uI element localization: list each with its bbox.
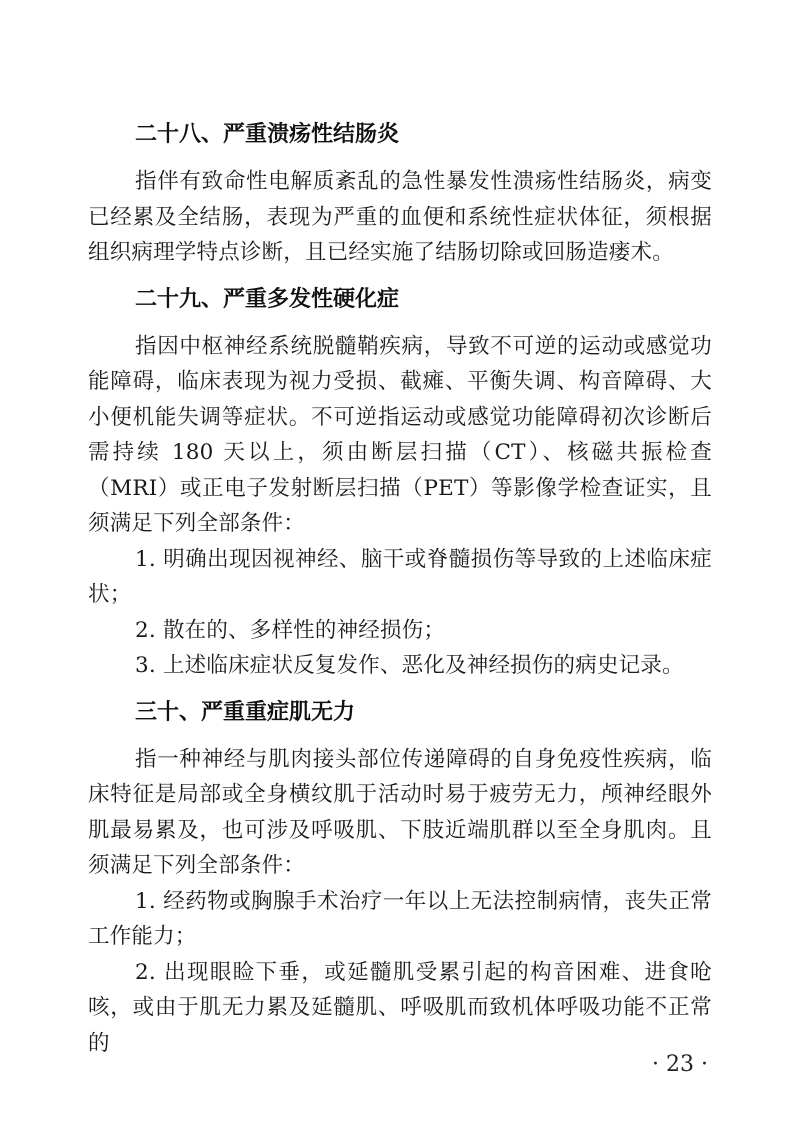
condition-item-1: 1. 经药物或胸腺手术治疗一年以上无法控制病情，丧失正常工作能力； (88, 884, 712, 955)
section-severe-myasthenia-gravis: 三十、严重重症肌无力 指一种神经与肌肉接头部位传递障碍的自身免疫性疾病，临床特征… (88, 696, 712, 1062)
section-paragraph: 指因中枢神经系统脱髓鞘疾病，导致不可逆的运动或感觉功能障碍，临床表现为视力受损、… (88, 329, 712, 542)
section-paragraph: 指一种神经与肌肉接头部位传递障碍的自身免疫性疾病，临床特征是局部或全身横纹肌于活… (88, 742, 712, 884)
section-severe-multiple-sclerosis: 二十九、严重多发性硬化症 指因中枢神经系统脱髓鞘疾病，导致不可逆的运动或感觉功能… (88, 283, 712, 684)
condition-item-1: 1. 明确出现因视神经、脑干或脊髓损伤等导致的上述临床症状； (88, 542, 712, 613)
page-number: · 23 · (652, 1052, 708, 1077)
condition-item-2: 2. 散在的、多样性的神经损伤； (88, 613, 712, 649)
condition-item-2: 2. 出现眼睑下垂，或延髓肌受累引起的构音困难、进食呛咳，或由于肌无力累及延髓肌… (88, 955, 712, 1062)
document-page: 二十八、严重溃疡性结肠炎 指伴有致命性电解质紊乱的急性暴发性溃疡性结肠炎，病变已… (88, 118, 712, 1073)
section-heading: 二十八、严重溃疡性结肠炎 (88, 118, 712, 152)
condition-item-3: 3. 上述临床症状反复发作、恶化及神经损伤的病史记录。 (88, 648, 712, 684)
section-heading: 三十、严重重症肌无力 (88, 696, 712, 730)
section-paragraph: 指伴有致命性电解质紊乱的急性暴发性溃疡性结肠炎，病变已经累及全结肠，表现为严重的… (88, 164, 712, 271)
section-severe-ulcerative-colitis: 二十八、严重溃疡性结肠炎 指伴有致命性电解质紊乱的急性暴发性溃疡性结肠炎，病变已… (88, 118, 712, 271)
section-heading: 二十九、严重多发性硬化症 (88, 283, 712, 317)
